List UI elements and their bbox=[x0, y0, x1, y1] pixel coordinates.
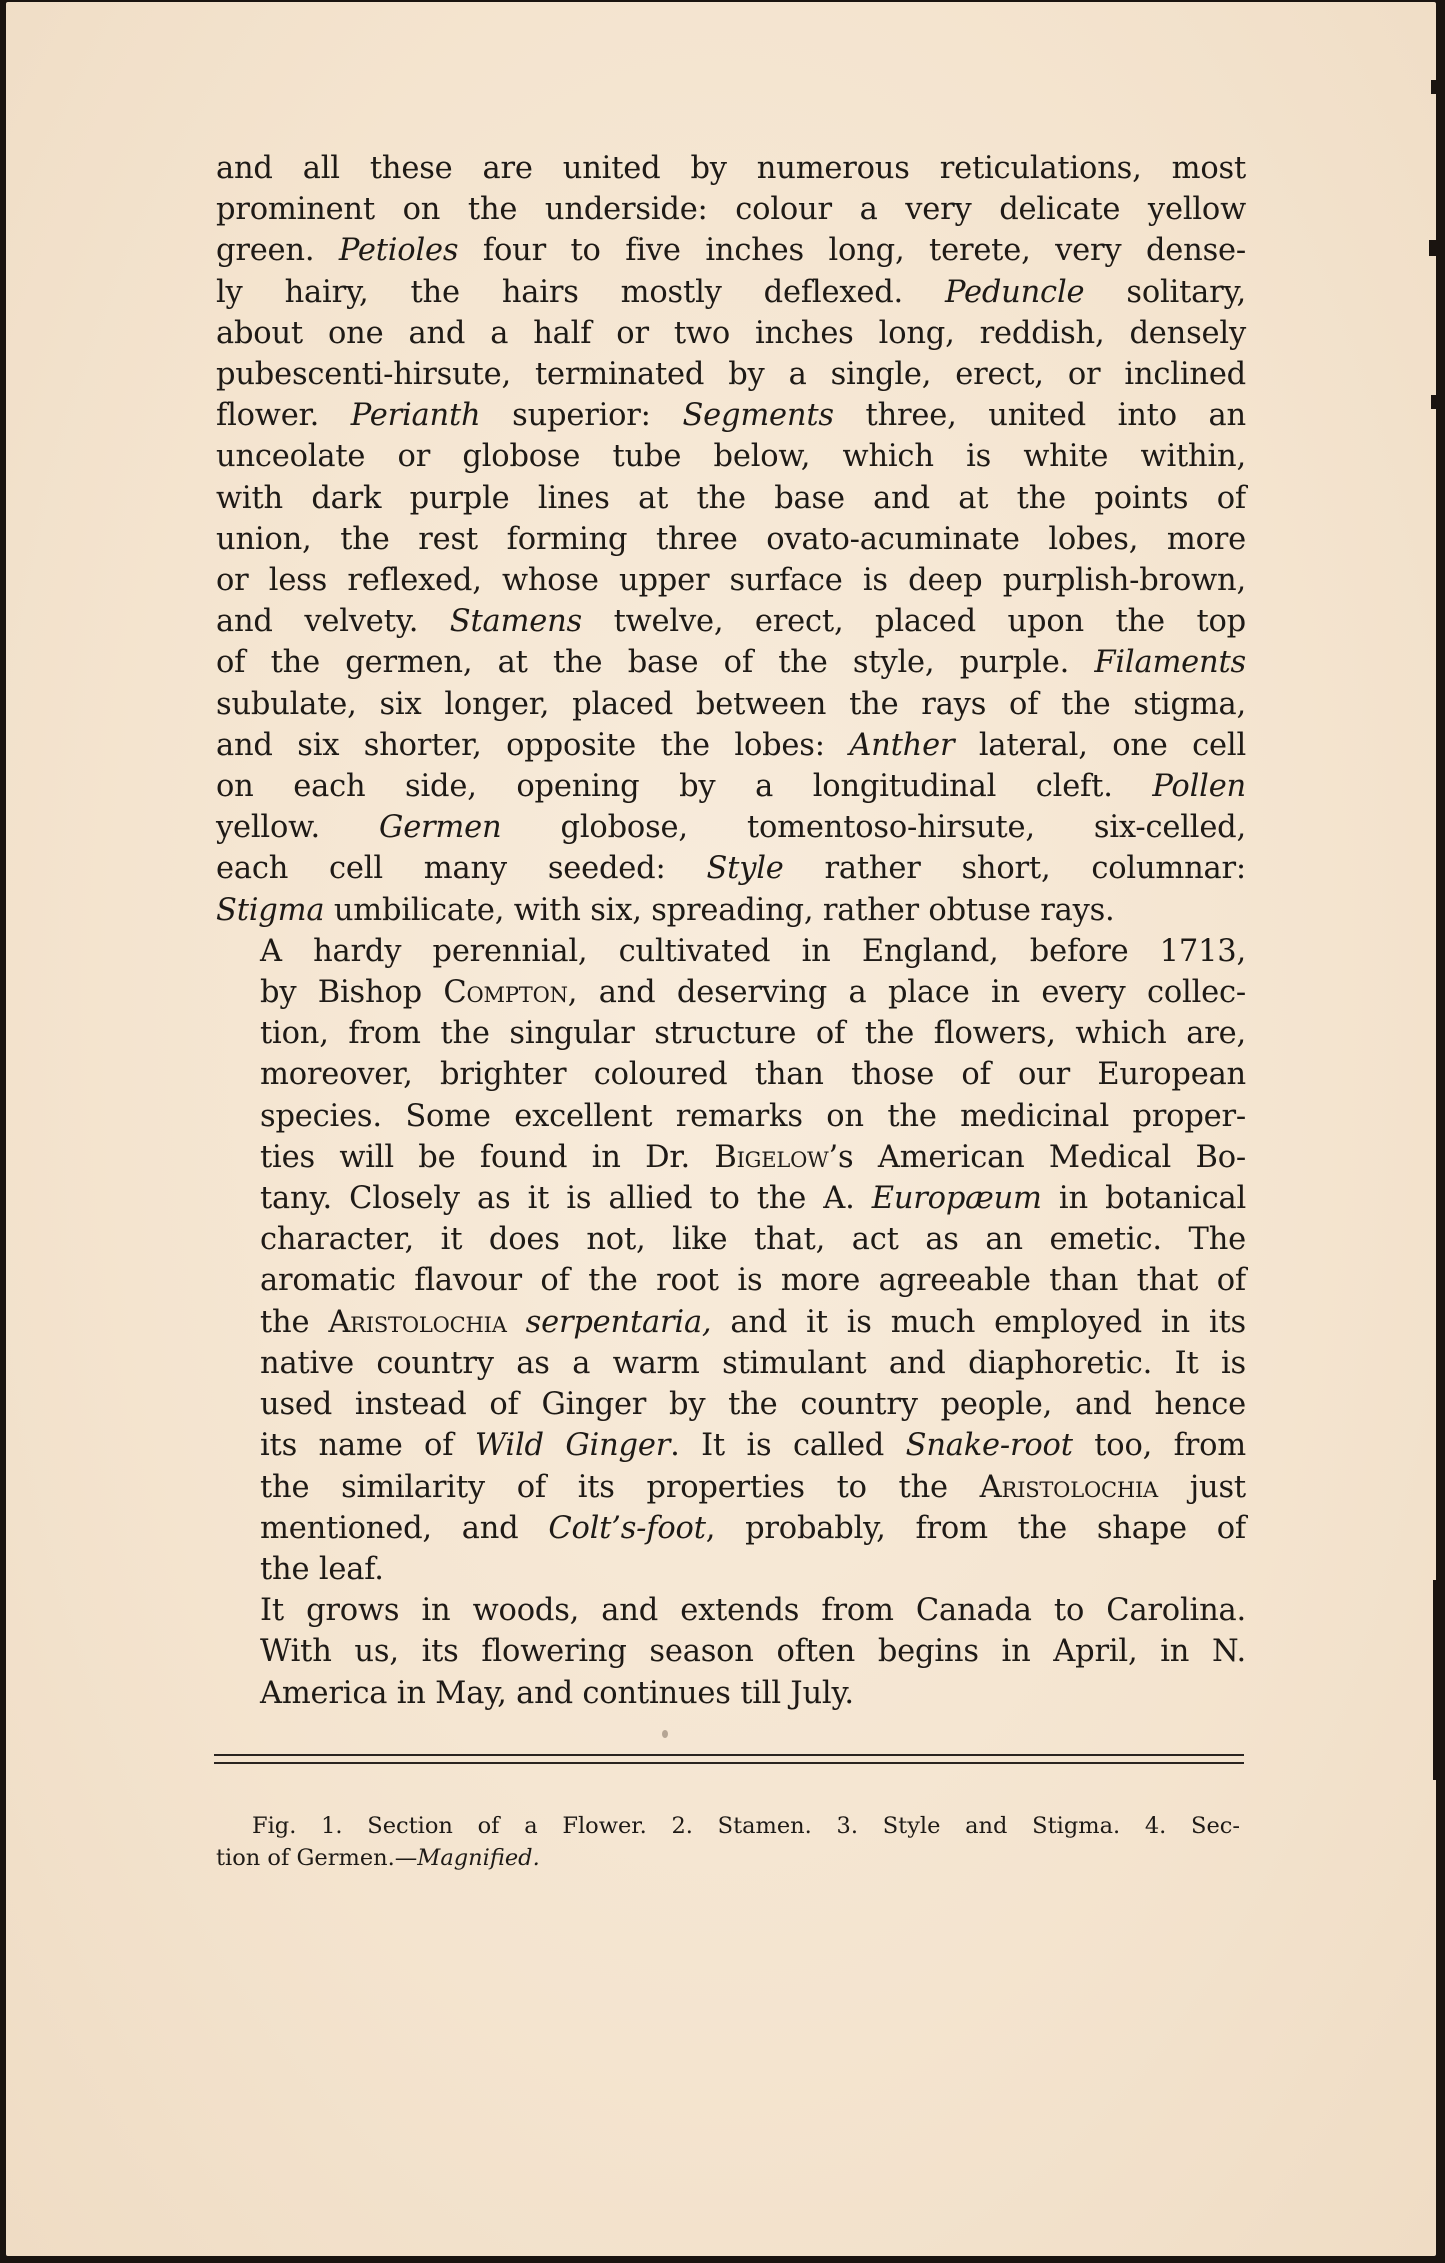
text-line: character, it does not, like that, act a… bbox=[216, 1219, 1246, 1260]
text-line: with dark purple lines at the base and a… bbox=[216, 478, 1246, 519]
text-line: of the germen, at the base of the style,… bbox=[216, 642, 1246, 683]
text-line: by Bishop Compton, and deserving a place… bbox=[216, 972, 1246, 1013]
text-line: on each side, opening by a longitudinal … bbox=[216, 766, 1246, 807]
italic-term: Perianth bbox=[351, 398, 481, 433]
rule-bottom bbox=[214, 1762, 1244, 1764]
ink-spot bbox=[662, 1730, 668, 1738]
text-line: the Aristolochia serpentaria, and it is … bbox=[216, 1302, 1246, 1343]
double-rule-divider bbox=[214, 1754, 1244, 1770]
paragraph-description: and all these are united by numerous ret… bbox=[216, 148, 1246, 931]
small-caps-name: Compton bbox=[443, 975, 567, 1010]
text-line: or less reflexed, whose upper surface is… bbox=[216, 560, 1246, 601]
book-page: and all these are united by numerous ret… bbox=[6, 2, 1436, 2256]
text-line: species. Some excellent remarks on the m… bbox=[216, 1096, 1246, 1137]
italic-term: Pollen bbox=[1152, 769, 1246, 804]
italic-term: Germen bbox=[379, 810, 501, 845]
text-line: mentioned, and Colt’s-foot, probably, fr… bbox=[216, 1508, 1246, 1549]
text-line: prominent on the underside: colour a ver… bbox=[216, 189, 1246, 230]
text-line: pubescenti-hirsute, terminated by a sing… bbox=[216, 354, 1246, 395]
rule-top bbox=[214, 1754, 1244, 1756]
paragraph-history: A hardy perennial, cultivated in England… bbox=[216, 931, 1246, 1590]
text-line: its name of Wild Ginger. It is called Sn… bbox=[216, 1425, 1246, 1466]
italic-term: Colt’s-foot bbox=[548, 1511, 705, 1546]
text-line: ly hairy, the hairs mostly deflexed. Ped… bbox=[216, 272, 1246, 313]
text-line: green. Petioles four to five inches long… bbox=[216, 230, 1246, 271]
text-line: flower. Perianth superior: Segments thre… bbox=[216, 395, 1246, 436]
page-edge-notch bbox=[1431, 80, 1445, 94]
text-line: ties will be found in Dr. Bigelow’s Amer… bbox=[216, 1137, 1246, 1178]
text-line: moreover, brighter coloured than those o… bbox=[216, 1054, 1246, 1095]
text-line: A hardy perennial, cultivated in England… bbox=[216, 931, 1246, 972]
small-caps-name: Aristolochia bbox=[980, 1470, 1158, 1505]
text-line: tion, from the singular structure of the… bbox=[216, 1013, 1246, 1054]
italic-term: Style bbox=[706, 851, 783, 886]
italic-term: Stigma bbox=[216, 893, 324, 928]
italic-term: Filaments bbox=[1094, 645, 1246, 680]
paragraph-habitat: It grows in woods, and extends from Cana… bbox=[216, 1590, 1246, 1714]
text-line: union, the rest forming three ovato-acum… bbox=[216, 519, 1246, 560]
italic-term: Petioles bbox=[339, 233, 458, 268]
page-edge-notch bbox=[1429, 240, 1445, 256]
italic-term: Europæum bbox=[872, 1181, 1042, 1216]
text-line: With us, its flowering season often begi… bbox=[216, 1631, 1246, 1672]
text-line: and six shorter, opposite the lobes: Ant… bbox=[216, 725, 1246, 766]
text-line: It grows in woods, and extends from Cana… bbox=[216, 1590, 1246, 1631]
text-line: native country as a warm stimulant and d… bbox=[216, 1343, 1246, 1384]
body-text: and all these are united by numerous ret… bbox=[216, 148, 1246, 1714]
italic-term: serpentaria, bbox=[526, 1305, 712, 1340]
text-line: the similarity of its properties to the … bbox=[216, 1467, 1246, 1508]
page-edge-shadow bbox=[1433, 1580, 1445, 1780]
text-line: subulate, six longer, placed between the… bbox=[216, 684, 1246, 725]
text-line: used instead of Ginger by the country pe… bbox=[216, 1384, 1246, 1425]
text-line: aromatic flavour of the root is more agr… bbox=[216, 1260, 1246, 1301]
text-line: tany. Closely as it is allied to the A. … bbox=[216, 1178, 1246, 1219]
italic-term: Peduncle bbox=[945, 275, 1084, 310]
small-caps-name: Bigelow bbox=[714, 1140, 828, 1175]
text-line: America in May, and continues till July. bbox=[216, 1673, 1246, 1714]
page-edge-shadow bbox=[1437, 1140, 1445, 1260]
italic-term: Wild Ginger bbox=[475, 1428, 670, 1463]
italic-term: Snake-root bbox=[906, 1428, 1073, 1463]
text-line: yellow. Germen globose, tomentoso-hirsut… bbox=[216, 807, 1246, 848]
text-line: and velvety. Stamens twelve, erect, plac… bbox=[216, 601, 1246, 642]
italic-term: Anther bbox=[849, 728, 954, 763]
italic-term: Magnified. bbox=[417, 1845, 539, 1871]
text-line: unceolate or globose tube below, which i… bbox=[216, 436, 1246, 477]
text-line: about one and a half or two inches long,… bbox=[216, 313, 1246, 354]
text-line: the leaf. bbox=[216, 1549, 1246, 1590]
text-line: Stigma umbilicate, with six, spreading, … bbox=[216, 890, 1246, 931]
text-line: tion of Germen.—Magnified. bbox=[216, 1842, 1240, 1874]
figure-caption: Fig. 1. Section of a Flower. 2. Stamen. … bbox=[252, 1810, 1240, 1874]
small-caps-name: Aristolochia bbox=[328, 1305, 506, 1340]
text-line: Fig. 1. Section of a Flower. 2. Stamen. … bbox=[252, 1810, 1240, 1842]
page-edge-notch bbox=[1431, 395, 1445, 409]
italic-term: Segments bbox=[682, 398, 833, 433]
text-line: and all these are united by numerous ret… bbox=[216, 148, 1246, 189]
italic-term: Stamens bbox=[450, 604, 582, 639]
text-line: each cell many seeded: Style rather shor… bbox=[216, 848, 1246, 889]
